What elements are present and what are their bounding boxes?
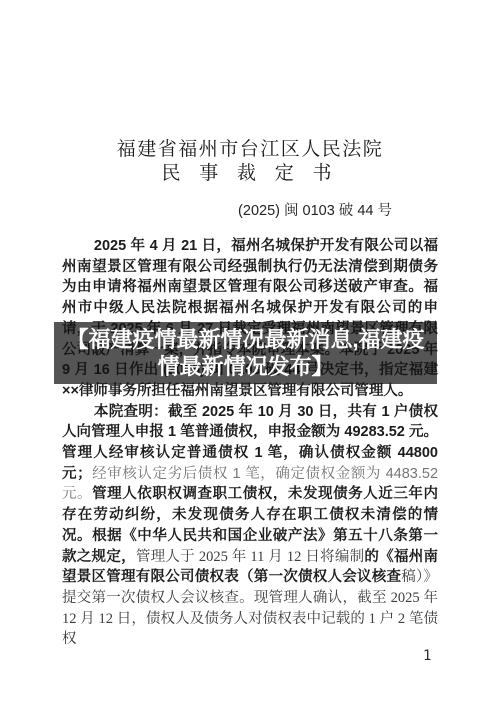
headline-text-line-1: 【福建疫情最新情况最新消息,福建疫	[66, 326, 424, 353]
headline-overlay-banner: 【福建疫情最新情况最新消息,福建疫 情最新情况发布】	[54, 322, 437, 384]
document-page: 福建省福州市台江区人民法院 民 事 裁 定 书 (2025) 闽 0103 破 …	[0, 0, 500, 706]
document-title: 民 事 裁 定 书	[0, 158, 500, 185]
headline-text-line-2: 情最新情况发布】	[157, 353, 333, 380]
case-number: (2025) 闽 0103 破 44 号	[0, 199, 392, 220]
paragraph-findings: 本院查明：截至 2025 年 10 月 30 日，共有 1 户债权人向管理人申报…	[62, 402, 438, 650]
findings-claims-table-date: 管理人于 2025 年 11 月 12 日将编制	[136, 549, 365, 565]
page-number: 1	[423, 648, 431, 664]
ruling-body: 2025 年 4 月 21 日，福州名城保护开发有限公司以福州南望景区管理有限公…	[62, 236, 438, 650]
court-name: 福建省福州市台江区人民法院	[0, 134, 500, 161]
